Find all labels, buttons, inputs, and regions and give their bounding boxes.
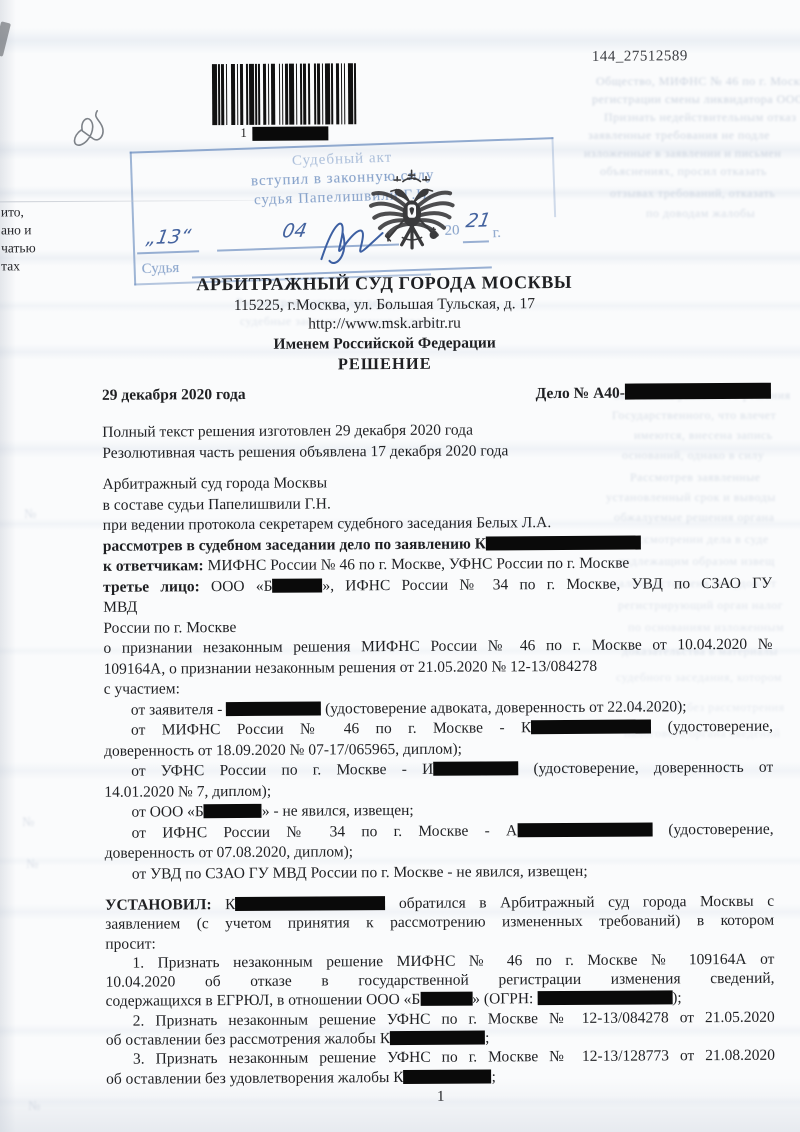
redaction-bar: [390, 1031, 485, 1046]
body-text: », ИФНС России № 34 по г. Москве, УВД по…: [322, 574, 772, 594]
redaction-bar: [404, 1069, 492, 1084]
body-text-bold: рассмотрев в судебном заседании дело по …: [103, 535, 486, 554]
body-text: 1. Признать незаконным решение МИФНС № 4…: [132, 951, 774, 972]
margin-stamp-fragment: ито,: [1, 203, 24, 221]
body-text: доверенность от 07.08.2020, диплом);: [105, 843, 353, 862]
case-number-redaction: [625, 383, 771, 400]
stamp-year-suffix: г.: [492, 225, 501, 242]
body-line: об оставлении без удовлетворения жалобы …: [106, 1065, 775, 1088]
body-text-bold: третье лицо:: [103, 578, 200, 596]
pen-mark: [69, 94, 121, 150]
stamp-handwritten-day: „13“: [145, 225, 193, 249]
body-line: третье лицо: ООО «Б», ИФНС России № 34 п…: [103, 573, 772, 598]
stamp-underline: [137, 250, 199, 254]
body-text: обратился в Арбитражный суд города Москв…: [385, 893, 774, 912]
redaction-bar: [517, 822, 652, 837]
margin-stamp-fragment: чатью: [1, 239, 36, 257]
case-number: Дело № А40-: [536, 383, 771, 403]
body-text-bold: к ответчикам:: [103, 557, 204, 575]
body-text: России по г. Москве: [103, 619, 236, 637]
russia-coat-of-arms-eagle: [364, 157, 461, 268]
stamp-handwritten-year: 21: [464, 209, 492, 232]
document-type-title: РЕШЕНИЕ: [0, 352, 771, 377]
body-line: от МИФНС России № 46 по г. Москве - К (у…: [104, 717, 773, 742]
body-text: МВД: [103, 599, 137, 616]
decision-body-text: Полный текст решения изготовлен 29 декаб…: [102, 419, 775, 1108]
margin-stamp-fragment: ано и: [1, 221, 32, 239]
body-line: заявлением (с учетом принятия к рассмотр…: [105, 911, 774, 934]
scanned-court-decision-page: Общество, МИФНС № 46 по г. Москверегистр…: [0, 0, 800, 1132]
body-text: при ведении протокола секретарем судебно…: [103, 514, 552, 534]
body-text: заявлением (с учетом принятия к рассмотр…: [105, 912, 774, 933]
redaction-bar: [204, 804, 262, 818]
stamp-handwritten-month: 04: [281, 220, 309, 243]
redaction-bar: [433, 761, 518, 776]
document-header: АРБИТРАЖНЫЙ СУД ГОРОДА МОСКВЫ 115225, г.…: [0, 271, 771, 377]
court-entry-into-force-stamp: Судебный акт вступил в законную силу суд…: [130, 137, 558, 285]
body-text: ООО «Б: [200, 577, 273, 594]
body-text: (удостоверение, доверенность от: [518, 759, 773, 778]
page-number: 1: [106, 1087, 775, 1108]
case-number-label: Дело № А40-: [536, 385, 625, 403]
body-text: 14.01.2020 № 7, диплом);: [104, 782, 271, 800]
left-margin-stamp-fragments: ито,ано ичатьютах: [0, 0, 797, 2]
decision-date: 29 декабря 2020 года: [102, 386, 246, 406]
body-text: от заявителя -: [131, 701, 226, 719]
body-text: от ИФНС России № 34 по г. Москве - А: [132, 822, 518, 841]
body-text: (удостоверение,: [651, 718, 773, 736]
document-content: 144_27512589 1 Судебный акт вступил в за…: [0, 0, 800, 1132]
body-text: 3. Признать незаконным решение УФНС по г…: [133, 1047, 775, 1068]
body-text: от МИФНС России № 46 по г. Москве - К: [131, 719, 531, 738]
body-text-bold: УСТАНОВИЛ:: [105, 896, 212, 914]
body-line: от УФНС России по г. Москве - И (удостов…: [104, 758, 773, 783]
court-name: АРБИТРАЖНЫЙ СУД ГОРОДА МОСКВЫ: [0, 271, 770, 297]
redaction-bar: [235, 896, 385, 911]
body-text: ;: [485, 1030, 489, 1047]
body-text: » - не явился, извещен;: [262, 802, 414, 820]
body-text: с участием:: [104, 680, 180, 697]
redaction-bar: [420, 992, 472, 1006]
redaction-bar: [537, 991, 672, 1006]
body-text: » (ОГРН:: [472, 991, 537, 1008]
body-text: в составе судьи Папелишвили Г.Н.: [103, 495, 331, 513]
body-text: от УВД по СЗАО ГУ МВД России по г. Москв…: [132, 862, 588, 882]
body-line: о признании незаконным решения МИФНС Рос…: [103, 635, 772, 660]
body-text: (удостоверение,: [652, 820, 774, 838]
body-text: содержащихся в ЕГРЮЛ, в отношении ООО «Б: [106, 991, 421, 1010]
margin-stamp-fragment: тах: [1, 257, 20, 275]
body-text: МИФНС России № 46 по г. Москве, УФНС Рос…: [204, 555, 630, 575]
date-case-row: 29 декабря 2020 года Дело № А40-: [102, 383, 771, 406]
body-text: от УФНС России по г. Москве - И: [131, 761, 433, 780]
body-text: доверенность от 18.09.2020 № 07-17/06596…: [104, 740, 462, 759]
redaction-bar: [272, 578, 322, 592]
redaction-bar: [486, 535, 641, 550]
stamp-underline: [463, 240, 489, 242]
barcode-number-redaction: [252, 126, 328, 140]
body-text: Полный текст решения изготовлен 29 декаб…: [102, 422, 473, 441]
body-line: 3. Признать незаконным решение УФНС по г…: [106, 1046, 775, 1069]
barcode-gap: [356, 63, 358, 124]
court-website: http://www.msk.arbitr.ru: [0, 313, 771, 336]
body-text: Арбитражный суд города Москвы: [102, 474, 327, 492]
body-text: );: [672, 990, 682, 1007]
barcode-caption-prefix: 1: [240, 125, 247, 141]
body-text: об оставлении без удовлетворения жалобы …: [106, 1069, 404, 1088]
body-text: К: [212, 896, 236, 913]
body-text: 109164А, о признании незаконным решения …: [104, 657, 598, 677]
barcode: [212, 63, 358, 125]
body-text: об оставлении без рассмотрения жалобы К: [106, 1030, 390, 1049]
body-text: Резолютивная часть решения объявлена 17 …: [102, 442, 508, 461]
body-text: от ООО «Б: [131, 803, 203, 820]
body-text: 2. Признать незаконным решение УФНС по г…: [133, 1009, 775, 1030]
body-text: (удостоверение адвоката, доверенность от…: [321, 698, 686, 717]
document-registry-number: 144_27512589: [592, 48, 688, 66]
body-line: от ИФНС России № 34 по г. Москве - А (уд…: [105, 819, 774, 844]
body-text: о признании незаконным решения МИФНС Рос…: [103, 636, 772, 657]
body-text: ;: [492, 1068, 496, 1085]
redaction-bar: [531, 719, 651, 734]
body-text: просит:: [105, 935, 156, 952]
redaction-bar: [226, 701, 321, 716]
